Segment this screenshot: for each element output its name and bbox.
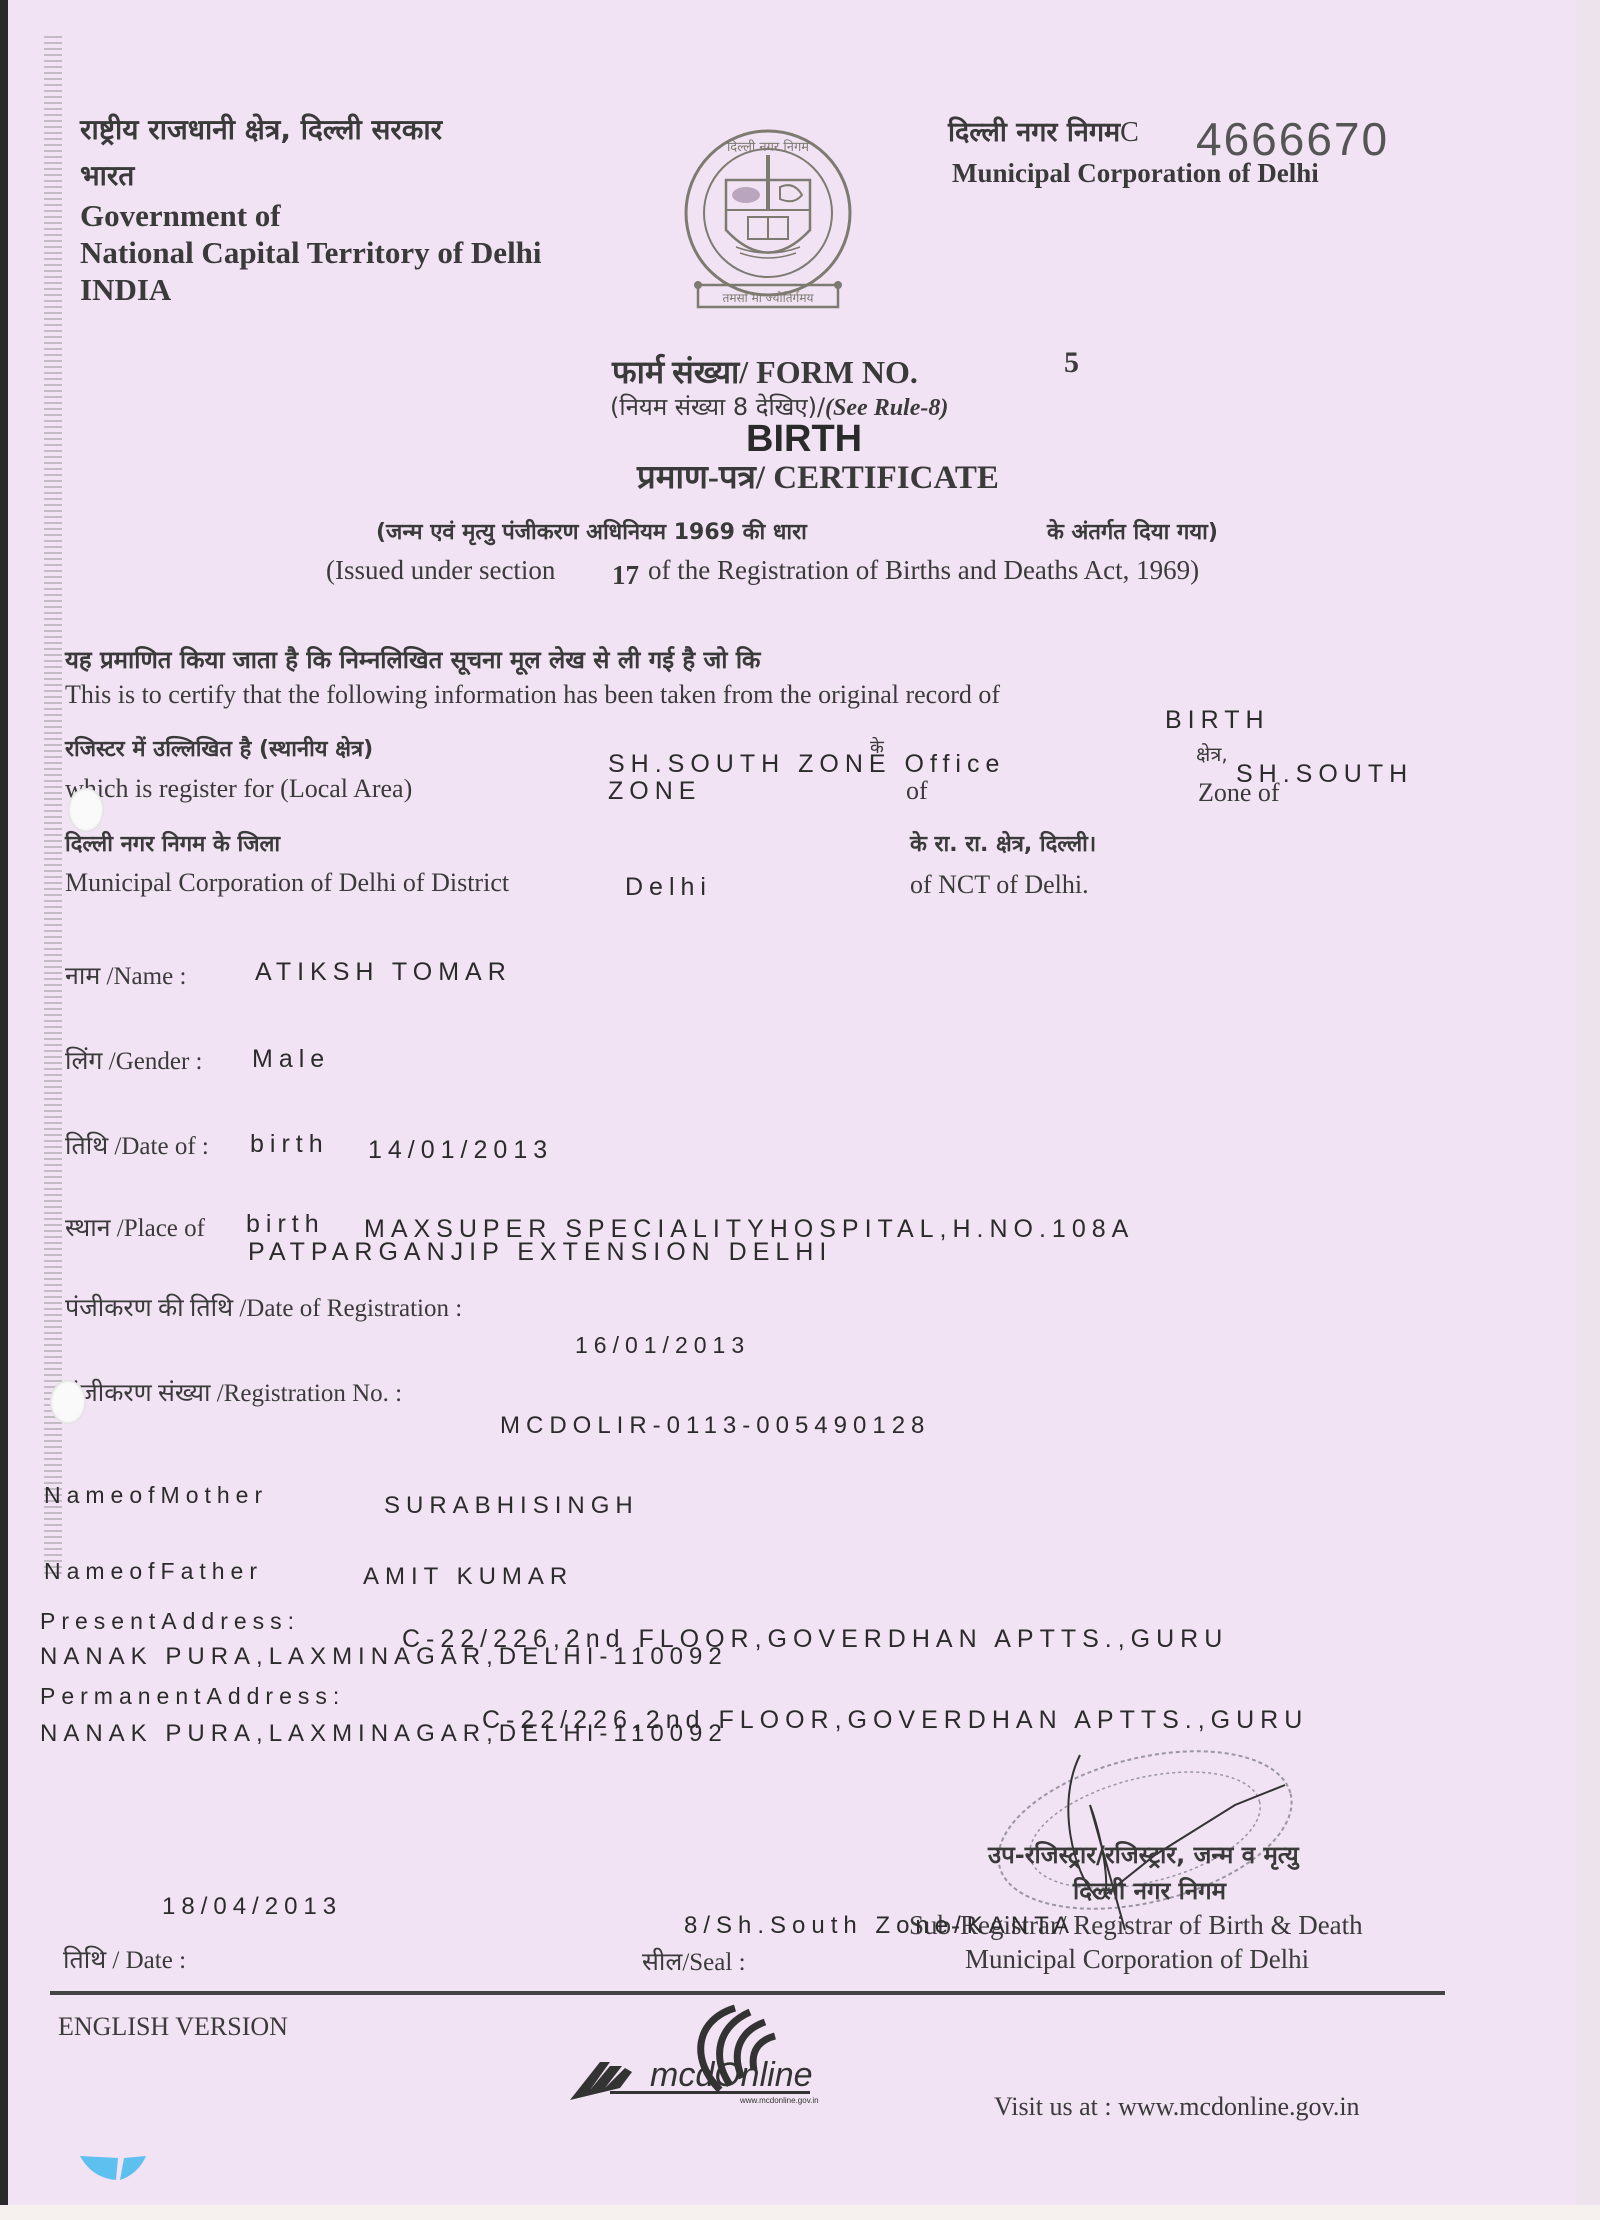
local-area-label-hindi: रजिस्टर में उल्लिखित है (स्थानीय क्षेत्र… xyxy=(65,733,373,763)
english-version-label: ENGLISH VERSION xyxy=(58,2012,288,2042)
nct-english: of NCT of Delhi. xyxy=(910,870,1089,900)
registrar-hindi-line2: दिल्ली नगर निगम xyxy=(1073,1874,1226,1907)
mcd-emblem-icon: तमसो मा ज्योतिर्गमय दिल्ली नगर निगम xyxy=(668,125,868,315)
act-hindi-right: के अंतर्गत दिया गया) xyxy=(1047,516,1218,546)
reg-date-label: पंजीकरण की तिथि /Date of Registration : xyxy=(65,1290,462,1324)
local-area-value-line1: SH.SOUTH ZONE Office xyxy=(608,750,1005,779)
dob-prefix: birth xyxy=(250,1130,329,1159)
certify-english: This is to certify that the following in… xyxy=(65,680,1000,710)
place-line2: PATPARGANJIP EXTENSION DELHI xyxy=(248,1238,832,1267)
scan-right-edge xyxy=(1576,0,1600,2205)
local-area-value-line2: ZONE xyxy=(608,777,701,806)
footer-divider xyxy=(50,1991,1445,1995)
rule-label-hindi: (नियम संख्या 8 देखिए)/ xyxy=(610,393,825,421)
govt-english-line1: Government of xyxy=(80,198,281,234)
mother-label: NameofMother xyxy=(44,1482,268,1509)
govt-english-line3: INDIA xyxy=(80,272,171,308)
scan-left-edge xyxy=(0,0,8,2205)
dob-label: तिथि /Date of : xyxy=(65,1128,209,1162)
permanent-address-line2: NANAK PURA,LAXMINAGAR,DELHI-110092 xyxy=(40,1720,728,1748)
mcd-english-title: Municipal Corporation of Delhi xyxy=(952,158,1319,189)
mother-value: SURABHISINGH xyxy=(384,1492,639,1520)
present-address-line2: NANAK PURA,LAXMINAGAR,DELHI-110092 xyxy=(40,1643,728,1671)
dob-value: 14/01/2013 xyxy=(368,1136,553,1165)
certificate-paper xyxy=(8,0,1576,2205)
svg-text:mcdOnline: mcdOnline xyxy=(650,2056,813,2094)
child-name-value: ATIKSH TOMAR xyxy=(255,958,512,987)
mcd-hindi-title: दिल्ली नगर निगमC xyxy=(948,112,1139,149)
serial-prefix: C xyxy=(1120,117,1139,148)
svg-text:www.mcdonline.gov.in: www.mcdonline.gov.in xyxy=(739,2096,819,2105)
zone-of-text: Zone of xyxy=(1198,778,1280,808)
father-value: AMIT KUMAR xyxy=(363,1563,573,1591)
scan-bottom-edge xyxy=(0,2205,1600,2220)
place-label: स्थान /Place of xyxy=(65,1210,205,1244)
father-label: NameofFather xyxy=(44,1558,263,1585)
govt-hindi-line1: राष्ट्रीय राजधानी क्षेत्र, दिल्ली सरकार xyxy=(80,110,442,148)
certificate-label: प्रमाण-पत्र/ CERTIFICATE xyxy=(637,453,999,498)
form-no-label: फार्म संख्या/ FORM NO. xyxy=(612,350,918,393)
reg-date-value: 16/01/2013 xyxy=(575,1332,750,1359)
registrar-hindi-line1: उप-रजिस्ट्रार/रजिस्ट्रार, जन्म व मृत्यु xyxy=(988,1838,1299,1871)
certify-hindi: यह प्रमाणित किया जाता है कि निम्नलिखित स… xyxy=(65,643,760,676)
place-prefix: birth xyxy=(246,1210,325,1239)
district-value: Delhi xyxy=(625,873,712,902)
form-no-value: 5 xyxy=(1064,346,1079,380)
date-label: तिथि / Date : xyxy=(63,1942,186,1976)
record-type: BIRTH xyxy=(1165,706,1270,735)
reg-no-label: पंजीकरण संख्या /Registration No. : xyxy=(65,1375,402,1409)
kshetra-text: क्षेत्र, xyxy=(1196,740,1228,767)
blue-mark-icon xyxy=(78,2152,148,2182)
gender-label: लिंग /Gender : xyxy=(65,1043,202,1077)
district-label-hindi: दिल्ली नगर निगम के जिला xyxy=(65,828,280,858)
mcdonline-logo-icon: mcdOnline www.mcdonline.gov.in xyxy=(570,2000,850,2105)
seal-label: सील/Seal : xyxy=(642,1944,746,1978)
present-address-label: PresentAddress: xyxy=(40,1608,300,1635)
act-english-left: (Issued under section xyxy=(326,555,555,586)
govt-hindi-line2: भारत xyxy=(80,156,134,194)
of-text: of xyxy=(906,776,928,806)
govt-english-line2: National Capital Territory of Delhi xyxy=(80,235,542,271)
name-label: नाम /Name : xyxy=(65,958,186,992)
punch-hole-bottom xyxy=(50,1380,86,1424)
punch-hole-top xyxy=(68,788,104,832)
nct-hindi: के रा. रा. क्षेत्र, दिल्ली। xyxy=(910,828,1096,858)
perforation-strip xyxy=(44,36,62,1576)
mcd-hindi-text: दिल्ली नगर निगम xyxy=(948,117,1120,148)
district-label-english: Municipal Corporation of Delhi of Distri… xyxy=(65,868,509,898)
svg-text:दिल्ली नगर निगम: दिल्ली नगर निगम xyxy=(727,139,809,155)
registrar-english-line2: Municipal Corporation of Delhi xyxy=(965,1944,1309,1975)
local-area-label-english: which is register for (Local Area) xyxy=(65,774,412,804)
reg-no-value: MCDOLIR-0113-005490128 xyxy=(500,1412,930,1440)
act-hindi-left: (जन्म एवं मृत्यु पंजीकरण अधिनियम 1969 की… xyxy=(376,516,807,546)
seal-value: 8/Sh.South Zone/KANTA xyxy=(684,1912,1075,1940)
svg-text:तमसो मा ज्योतिर्गमय: तमसो मा ज्योतिर्गमय xyxy=(723,291,815,305)
issue-date-value: 18/04/2013 xyxy=(162,1893,342,1921)
gender-value: Male xyxy=(252,1045,330,1074)
section-number: 17 xyxy=(612,560,639,591)
ke-text: के xyxy=(870,735,884,759)
visit-website-link[interactable]: Visit us at : www.mcdonline.gov.in xyxy=(994,2092,1360,2122)
permanent-address-label: PermanentAddress: xyxy=(40,1683,345,1710)
act-english-right: of the Registration of Births and Deaths… xyxy=(648,555,1199,586)
